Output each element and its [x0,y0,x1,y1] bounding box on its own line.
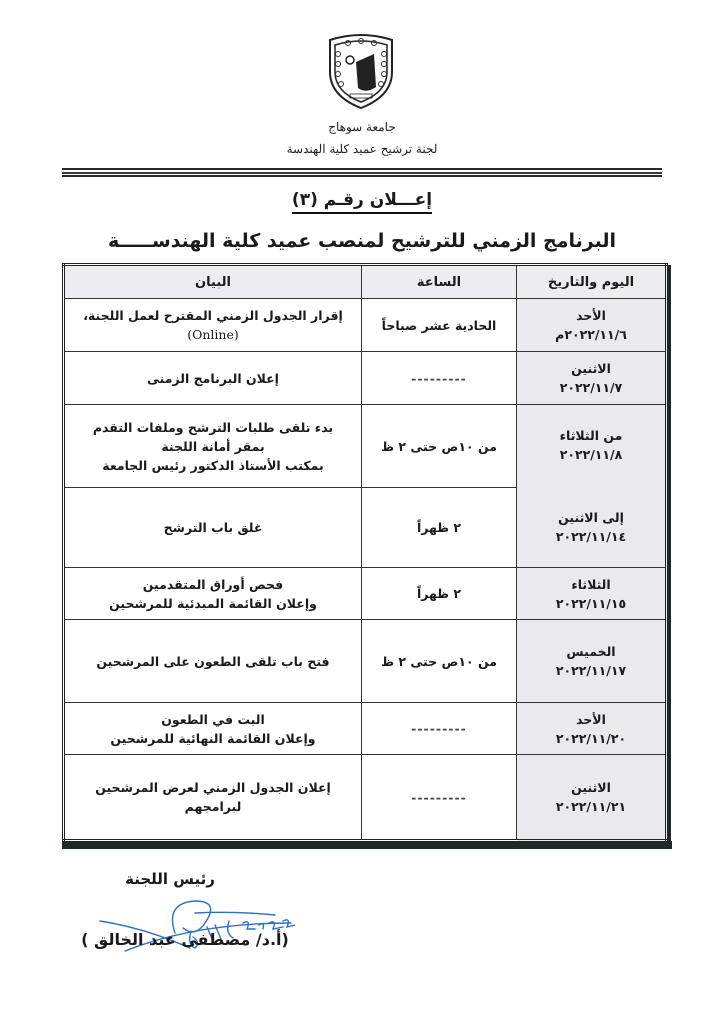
document-title: البرنامج الزمني للترشيح لمنصب عميد كلية … [0,230,724,252]
date-cell: الأحد ٢٠٢٢/١١/٢٠ [517,703,667,755]
time-cell: --------- [362,703,517,755]
date-range-cell: من الثلاثاء ٢٠٢٢/١١/٨ إلى الاثنين ٢٠٢٢/١… [517,405,667,568]
date-label: ٢٠٢٢/١١/١٧ [523,661,659,680]
day-label: الأحد [523,710,659,729]
table-row: الأحد ٢٠٢٢/١١/٢٠ --------- البت في الطعو… [64,703,667,755]
table-row: من الثلاثاء ٢٠٢٢/١١/٨ إلى الاثنين ٢٠٢٢/١… [64,405,667,488]
desc-line: وإعلان القائمة المبدئية للمرشحين [71,594,355,613]
desc-line: إقرار الجدول الزمني المقترح لعمل اللجنة، [71,306,355,325]
day-label: الثلاثاء [523,575,659,594]
desc-cell: إعلان الجدول الزمني لعرض المرشحين لبرامج… [64,755,362,841]
committee-name: لجنة ترشيح عميد كلية الهندسة [0,142,724,156]
date-cell: الأحد ٢٠٢٢/١١/٦م [517,299,667,352]
date-label: ٢٠٢٢/١١/٧ [523,378,659,397]
university-name: جامعة سوهاج [0,120,724,134]
date-label: ٢٠٢٢/١١/٢٠ [523,729,659,748]
date-cell: الاثنين ٢٠٢٢/١١/٧ [517,352,667,405]
schedule-table-container: اليوم والتاريخ الساعة البيان الأحد ٢٠٢٢/… [62,263,672,849]
desc-cell: فتح باب تلقى الطعون على المرشحين [64,620,362,703]
desc-line: إعلان الجدول الزمني لعرض المرشحين [71,778,355,797]
day-label: الاثنين [523,359,659,378]
day-label: الأحد [523,306,659,325]
date-label: ٢٠٢٢/١١/٦م [523,325,659,344]
desc-line: غلق باب الترشح [71,518,355,537]
desc-line: (Online) [71,325,355,344]
header-desc: البيان [64,265,362,299]
time-cell: ٢ ظهراً [362,568,517,620]
time-cell: ٢ ظهراً [362,488,517,568]
desc-line: إعلان البرنامج الزمنى [71,369,355,388]
day-label: إلى الاثنين [523,508,659,527]
handwritten-signature-icon [95,893,295,963]
desc-line: فحص أوراق المتقدمين [71,575,355,594]
day-label: الخميس [523,642,659,661]
time-cell: من ١٠ص حتى ٢ ظ [362,405,517,488]
day-label: الاثنين [523,778,659,797]
header-divider [62,168,662,178]
desc-line: فتح باب تلقى الطعون على المرشحين [71,652,355,671]
date-label: ٢٠٢٢/١١/٢١ [523,797,659,816]
desc-line: بمكتب الأستاذ الدكتور رئيس الجامعة [71,456,355,475]
table-row: الثلاثاء ٢٠٢٢/١١/١٥ ٢ ظهراً فحص أوراق ال… [64,568,667,620]
header-time: الساعة [362,265,517,299]
desc-cell: بدء تلقى طلبات الترشح وملفات التقدم بمقر… [64,405,362,488]
announcement-number: إعـــلان رقـم (٣) [0,190,724,210]
desc-line: بدء تلقى طلبات الترشح وملفات التقدم [71,418,355,437]
date-label: ٢٠٢٢/١١/١٤ [523,527,659,546]
desc-cell: البت في الطعون وإعلان القائمة النهائية ل… [64,703,362,755]
header-date: اليوم والتاريخ [517,265,667,299]
desc-cell: إعلان البرنامج الزمنى [64,352,362,405]
table-shadow-bottom [62,841,672,849]
time-cell: --------- [362,352,517,405]
table-row: الاثنين ٢٠٢٢/١١/٧ --------- إعلان البرنا… [64,352,667,405]
date-cell: الثلاثاء ٢٠٢٢/١١/١٥ [517,568,667,620]
date-label: ٢٠٢٢/١١/١٥ [523,594,659,613]
date-label: ٢٠٢٢/١١/٨ [523,445,659,464]
table-header-row: اليوم والتاريخ الساعة البيان [64,265,667,299]
desc-line: وإعلان القائمة النهائية للمرشحين [71,729,355,748]
desc-line: البت في الطعون [71,710,355,729]
desc-cell: غلق باب الترشح [64,488,362,568]
date-cell: الخميس ٢٠٢٢/١١/١٧ [517,620,667,703]
time-cell: --------- [362,755,517,841]
desc-cell: فحص أوراق المتقدمين وإعلان القائمة المبد… [64,568,362,620]
time-cell: من ١٠ص حتى ٢ ظ [362,620,517,703]
schedule-table: اليوم والتاريخ الساعة البيان الأحد ٢٠٢٢/… [62,263,668,842]
desc-cell: إقرار الجدول الزمني المقترح لعمل اللجنة،… [64,299,362,352]
desc-line: بمقر أمانة اللجنة [71,437,355,456]
signatory-title: رئيس اللجنة [110,870,230,888]
time-cell: الحادية عشر صباحاً [362,299,517,352]
university-crest-icon [322,32,400,110]
table-row: الخميس ٢٠٢٢/١١/١٧ من ١٠ص حتى ٢ ظ فتح باب… [64,620,667,703]
day-label: من الثلاثاء [523,426,659,445]
desc-line: لبرامجهم [71,797,355,816]
date-cell: الاثنين ٢٠٢٢/١١/٢١ [517,755,667,841]
table-row: الاثنين ٢٠٢٢/١١/٢١ --------- إعلان الجدو… [64,755,667,841]
table-row: الأحد ٢٠٢٢/١١/٦م الحادية عشر صباحاً إقرا… [64,299,667,352]
signatory-name: (أ.د/ مصطفى عبد الخالق ) [60,930,310,949]
